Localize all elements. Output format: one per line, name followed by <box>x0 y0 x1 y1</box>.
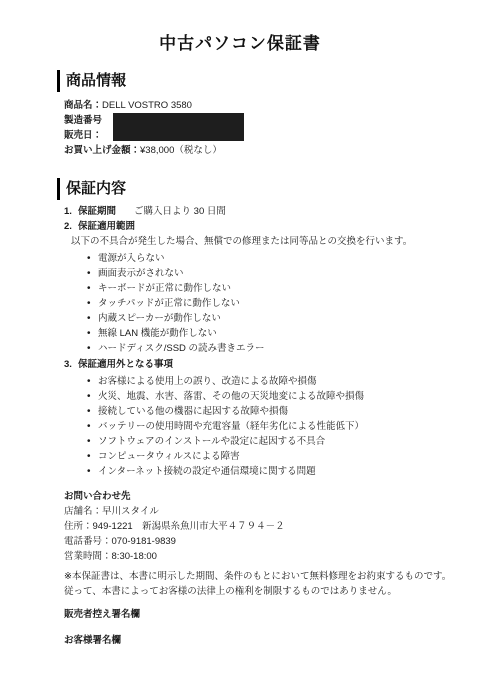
product-name-value: DELL VOSTRO 3580 <box>102 100 192 111</box>
warranty-period-label: 保証期間 <box>78 206 116 217</box>
customer-signature-label: お客様署名欄 <box>64 633 480 648</box>
serial-number-label: 製造番号 <box>64 115 102 126</box>
warranty-exclusions-label: 保証適用外となる事項 <box>78 359 173 370</box>
contact-address-row: 住所：949-1221 新潟県糸魚川市大平４７９４－２ <box>64 519 480 534</box>
contact-shop-row: 店舗名：早川スタイル <box>64 504 480 519</box>
contact-hours-value: 8:30-18:00 <box>112 551 157 562</box>
disclaimer-line-1: ※本保証書は、本書に明示した期間、条件のもとにおいて無料修理をお約束するものです… <box>64 569 480 584</box>
redacted-serial-and-date-box <box>113 113 244 141</box>
price-row: お買い上げ金額：¥38,000（税なし） <box>64 143 480 158</box>
contact-shop-label: 店舗名： <box>64 506 102 517</box>
contact-phone-label: 電話番号： <box>64 536 112 547</box>
covered-defects-list: 電源が入らない 画面表示がされない キーボードが正常に動作しない タッチパッドが… <box>64 251 480 356</box>
warranty-scope-number: 2. <box>64 219 78 234</box>
warranty-exclusions-number: 3. <box>64 357 78 372</box>
sale-date-label: 販売日： <box>64 130 102 141</box>
warranty-scope-label: 保証適用範囲 <box>78 221 135 232</box>
warranty-scope-intro: 以下の不具合が発生した場合、無償での修理または同等品との交換を行います。 <box>71 234 480 249</box>
price-label: お買い上げ金額： <box>64 145 140 156</box>
excluded-item: ソフトウェアのインストールや設定に起因する不具合 <box>87 434 480 449</box>
product-name-label: 商品名： <box>64 100 102 111</box>
warranty-scope-item: 2.保証適用範囲 <box>64 219 480 234</box>
excluded-item: お客様による使用上の誤り、改造による故障や損傷 <box>87 374 480 389</box>
product-info-rows: 商品名：DELL VOSTRO 3580 製造番号 販売日： お買い上げ金額：¥… <box>64 98 480 158</box>
covered-defect-item: 画面表示がされない <box>87 266 480 281</box>
covered-defect-item: 電源が入らない <box>87 251 480 266</box>
contact-heading: お問い合わせ先 <box>64 489 480 504</box>
excluded-items-list: お客様による使用上の誤り、改造による故障や損傷 火災、地震、水害、落雷、その他の… <box>64 374 480 479</box>
warranty-heading: 保証内容 <box>57 178 480 200</box>
warranty-period-value: ご購入日より 30 日間 <box>134 206 226 217</box>
seller-signature-label: 販売者控え署名欄 <box>64 607 480 622</box>
contact-hours-row: 営業時間：8:30-18:00 <box>64 549 480 564</box>
contact-shop-value: 早川スタイル <box>102 506 159 517</box>
contact-phone-value: 070-9181-9839 <box>112 536 176 547</box>
product-name-row: 商品名：DELL VOSTRO 3580 <box>64 98 480 113</box>
covered-defect-item: キーボードが正常に動作しない <box>87 281 480 296</box>
excluded-item: バッテリーの使用時間や充電容量（経年劣化による性能低下） <box>87 419 480 434</box>
contact-phone-row: 電話番号：070-9181-9839 <box>64 534 480 549</box>
document-title: 中古パソコン保証書 <box>0 0 480 54</box>
covered-defect-item: 無線 LAN 機能が動作しない <box>87 326 480 341</box>
price-value: ¥38,000（税なし） <box>140 145 222 156</box>
excluded-item: 火災、地震、水害、落雷、その他の天災地変による故障や損傷 <box>87 389 480 404</box>
warranty-document: 中古パソコン保証書 商品情報 商品名：DELL VOSTRO 3580 製造番号… <box>0 0 480 679</box>
contact-hours-label: 営業時間： <box>64 551 112 562</box>
contact-address-label: 住所： <box>64 521 93 532</box>
covered-defect-item: 内蔵スピーカーが動作しない <box>87 311 480 326</box>
disclaimer: ※本保証書は、本書に明示した期間、条件のもとにおいて無料修理をお約束するものです… <box>64 569 480 599</box>
warranty-period-item: 1.保証期間ご購入日より 30 日間 <box>64 204 480 219</box>
excluded-item: インターネット接続の設定や通信環境に関する問題 <box>87 464 480 479</box>
contact-address-value: 949-1221 新潟県糸魚川市大平４７９４－２ <box>93 521 285 532</box>
excluded-item: コンピュータウィルスによる障害 <box>87 449 480 464</box>
warranty-terms-list: 1.保証期間ご購入日より 30 日間 2.保証適用範囲 以下の不具合が発生した場… <box>64 204 480 479</box>
excluded-item: 接続している他の機器に起因する故障や損傷 <box>87 404 480 419</box>
warranty-period-number: 1. <box>64 204 78 219</box>
product-info-heading: 商品情報 <box>57 70 480 92</box>
warranty-exclusions-item: 3.保証適用外となる事項 <box>64 357 480 372</box>
disclaimer-line-2: 従って、本書によってお客様の法律上の権利を制限するものではありません。 <box>64 584 480 599</box>
covered-defect-item: タッチパッドが正常に動作しない <box>87 296 480 311</box>
covered-defect-item: ハードディスク/SSD の読み書きエラー <box>87 341 480 356</box>
